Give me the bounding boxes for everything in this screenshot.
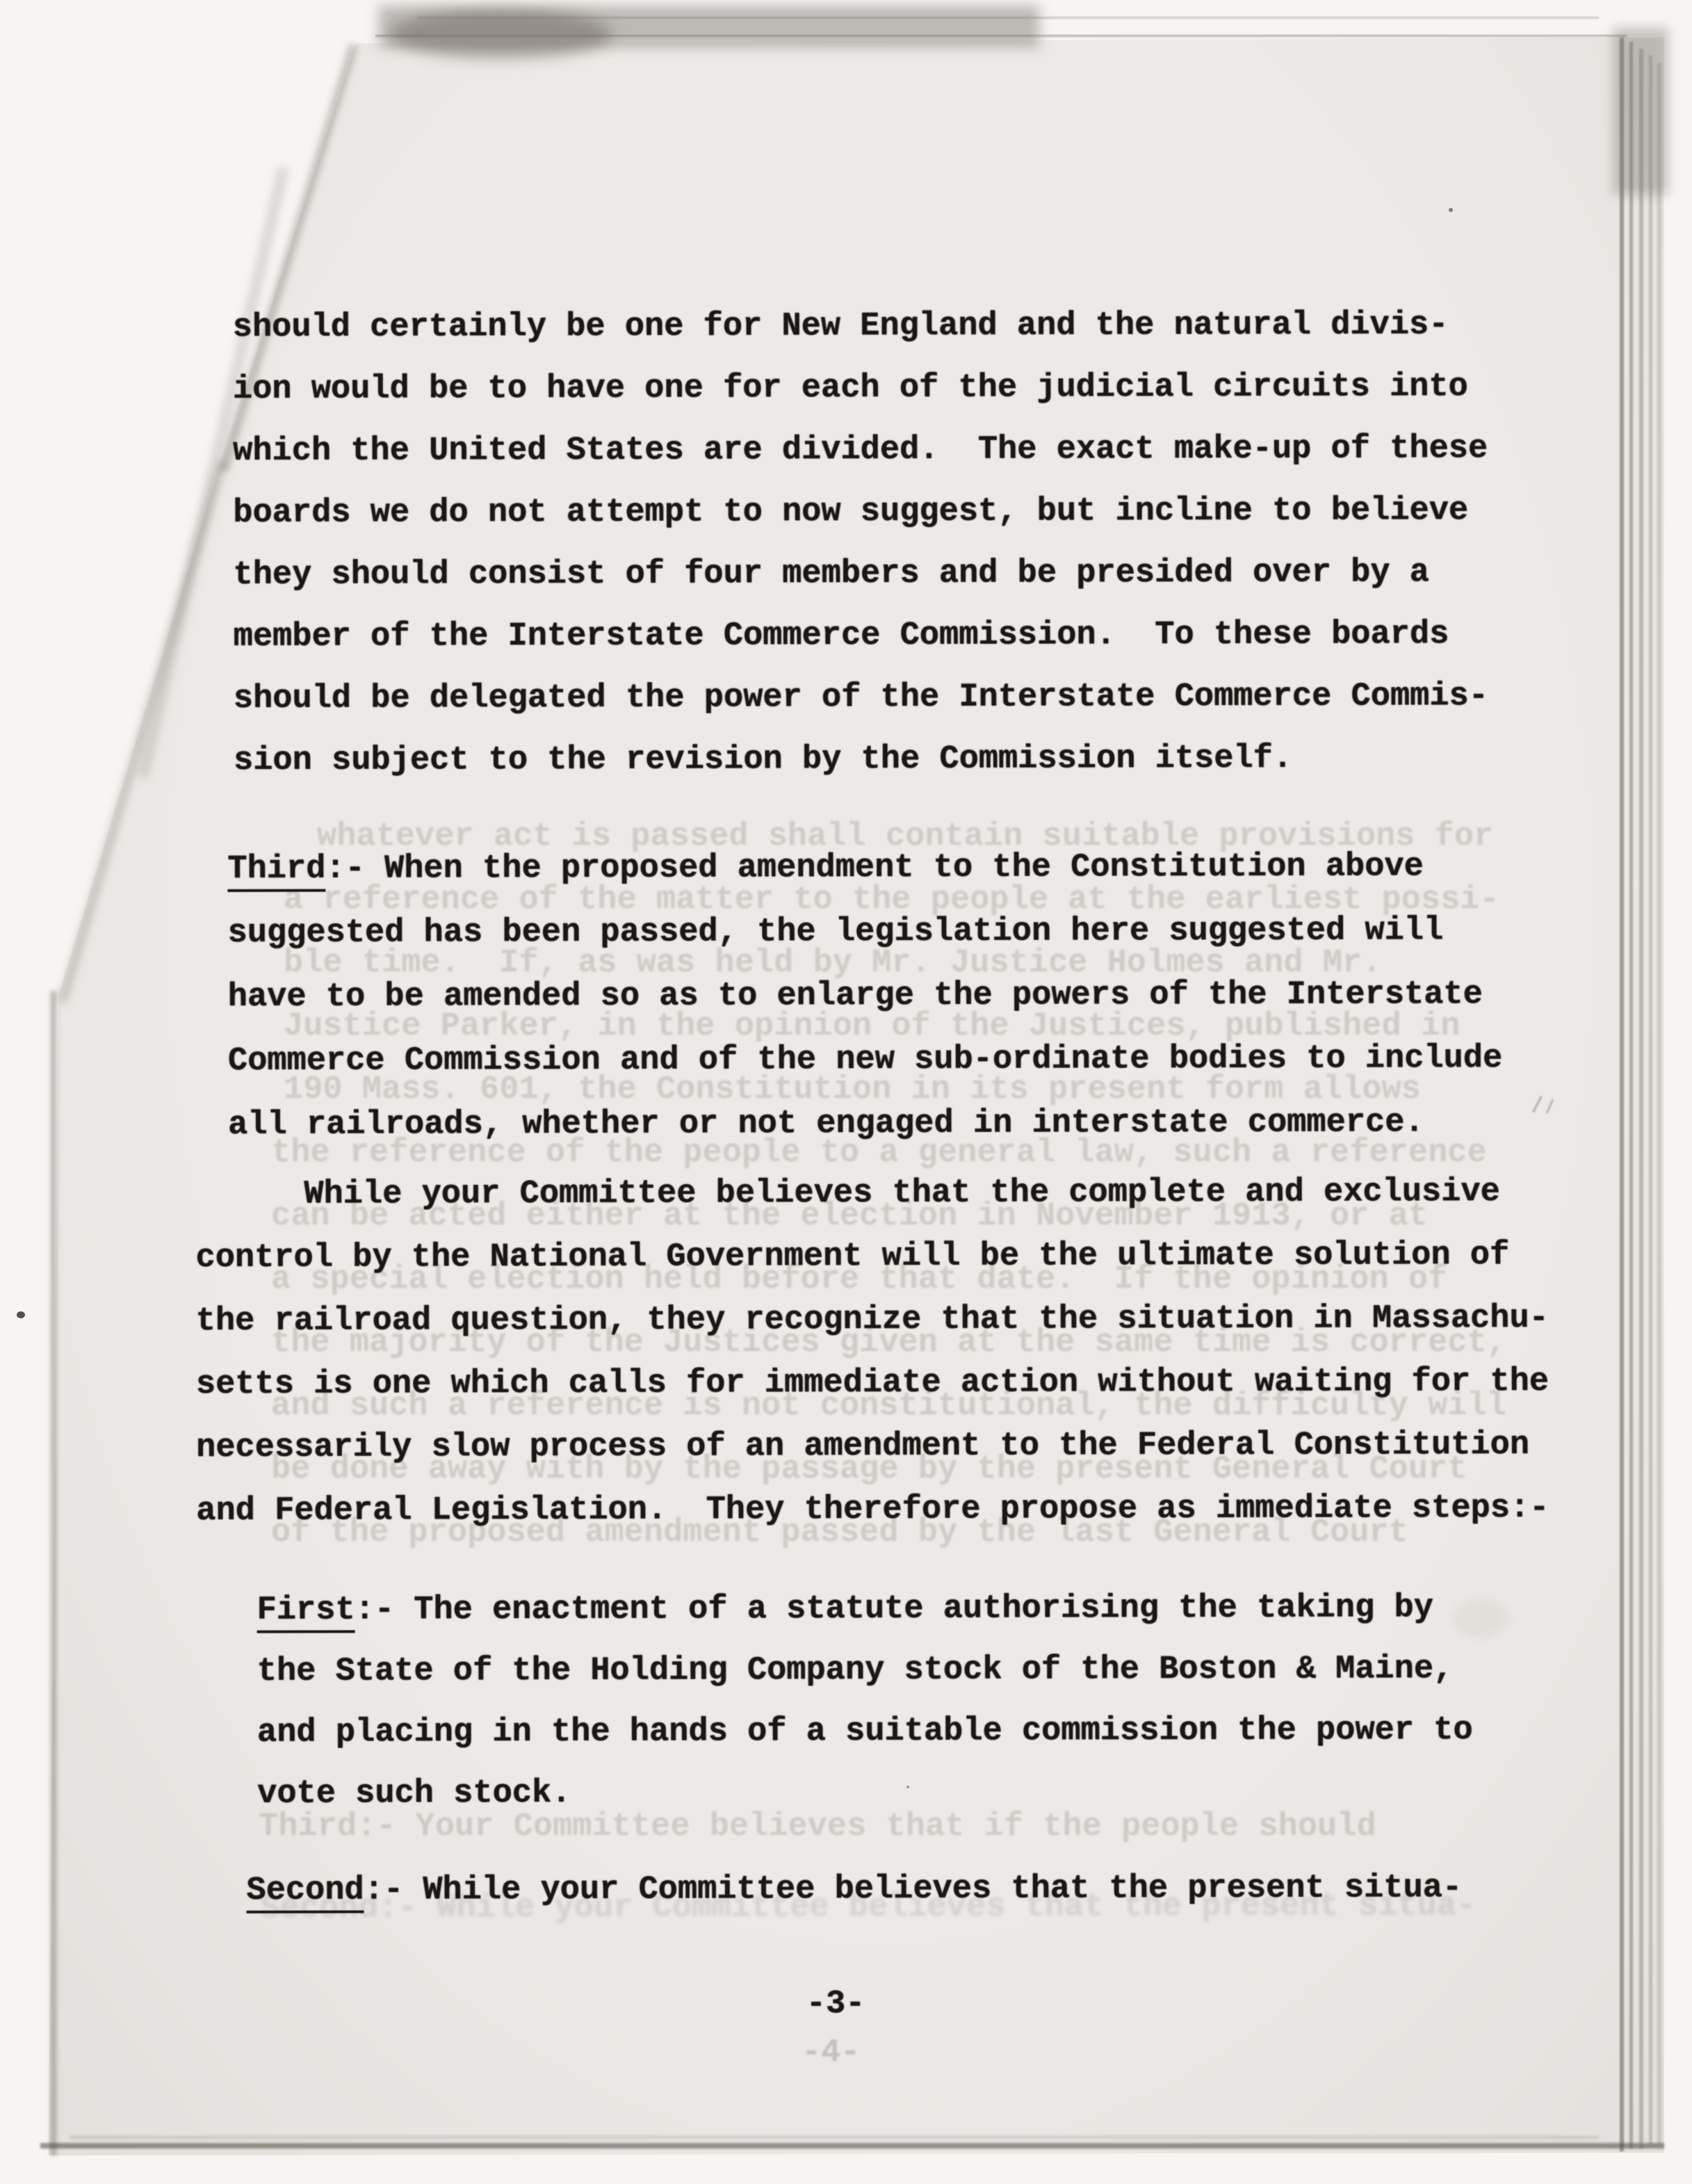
typed-line: control by the National Government will … — [195, 1224, 1548, 1290]
typed-line: sion subject to the revision by the Comm… — [234, 727, 1488, 792]
paragraph-first: First:- The enactment of a statute autho… — [257, 1578, 1472, 1825]
typed-line: necessarily slow process of an amendment… — [196, 1414, 1549, 1480]
typed-line: Third:- When the proposed amendment to t… — [227, 835, 1502, 902]
typed-line: have to be amended so as to enlarge the … — [228, 963, 1503, 1030]
typed-line: and placing in the hands of a suitable c… — [257, 1700, 1473, 1764]
typed-line: While your Committee believes that the c… — [304, 1160, 1548, 1227]
scanned-document-page: whatever act is passed shall contain sui… — [0, 0, 1692, 2184]
typed-line: should certainly be one for New England … — [233, 294, 1488, 359]
paragraph-while: While your Committee believes that the c… — [195, 1160, 1549, 1543]
typed-line: boards we do not attempt to now suggest,… — [233, 480, 1488, 544]
typed-line: Commerce Commission and of the new sub-o… — [228, 1027, 1503, 1094]
ink-speck — [1449, 208, 1453, 212]
ink-speck — [906, 1786, 909, 1788]
typed-text-layer: should certainly be one for New England … — [0, 0, 1692, 2184]
page-number: -3- — [806, 1986, 865, 2023]
typed-line: which the United States are divided. The… — [233, 418, 1488, 483]
typed-line: the railroad question, they recognize th… — [196, 1287, 1549, 1353]
second-line-smear-ghost: Second:- While your Committee believes t… — [260, 1875, 1476, 1941]
typed-line: setts is one which calls for immediate a… — [196, 1350, 1549, 1416]
ink-speck — [17, 1311, 25, 1318]
typed-line: all railroads, whether or not engaged in… — [228, 1091, 1503, 1158]
page-number-text: -3- — [806, 1986, 865, 2023]
paragraph-boards: should certainly be one for New England … — [233, 294, 1489, 792]
underlined-heading: First — [257, 1592, 355, 1633]
typed-line: suggested has been passed, the legislati… — [227, 899, 1502, 966]
typed-line: member of the Interstate Commerce Commis… — [234, 604, 1488, 668]
typed-line: the State of the Holding Company stock o… — [257, 1639, 1473, 1703]
ghost-page-number: -4- — [802, 2035, 861, 2071]
typed-line: First:- The enactment of a statute autho… — [257, 1578, 1472, 1642]
underlined-heading: Third — [227, 851, 325, 892]
typed-line: and Federal Legislation. They therefore … — [196, 1477, 1549, 1543]
paragraph-third: Third:- When the proposed amendment to t… — [227, 835, 1502, 1158]
heading-line-rest: :- The enactment of a statute authorisin… — [355, 1590, 1433, 1628]
typed-line: vote such stock. — [257, 1761, 1473, 1825]
typed-line: ion would be to have one for each of the… — [233, 356, 1488, 421]
typed-line-ghost: Second:- While your Committee believes t… — [260, 1875, 1476, 1941]
ghost-heading-rest: :- While your Committee believes that th… — [378, 1888, 1477, 1927]
ghost-heading: Second — [260, 1890, 377, 1927]
heading-line-rest: :- When the proposed amendment to the Co… — [325, 848, 1424, 887]
typed-line: they should consist of four members and … — [233, 542, 1488, 606]
typed-line: should be delegated the power of the Int… — [234, 665, 1488, 730]
